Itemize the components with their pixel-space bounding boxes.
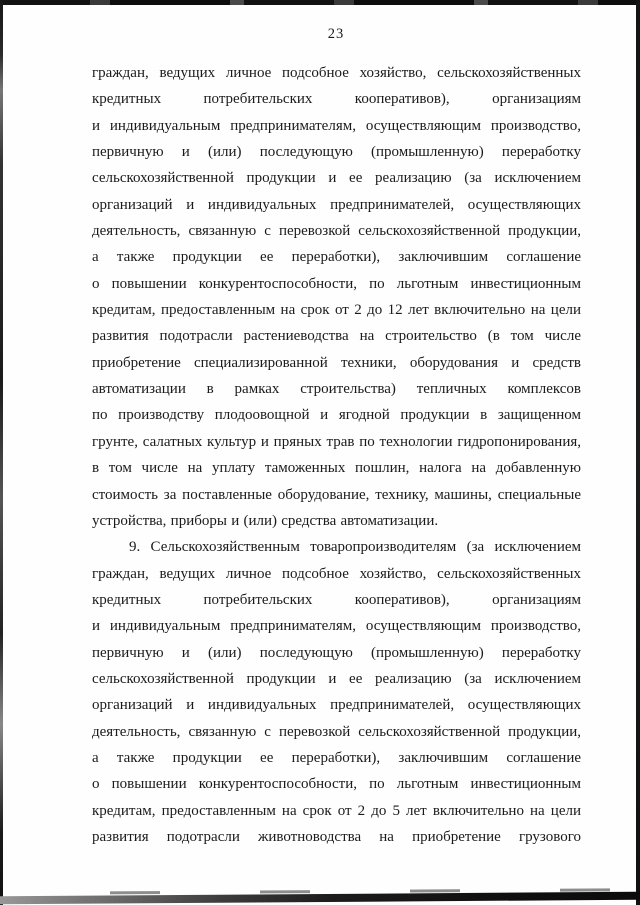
paragraph: граждан, ведущих личное подсобное хозяйс… bbox=[92, 60, 581, 534]
text-line: первичную и (или) последующую (промышлен… bbox=[92, 139, 581, 165]
text-line: организаций и индивидуальных предпринима… bbox=[92, 692, 581, 718]
scan-edge-top-artifact bbox=[0, 0, 640, 5]
document-body: граждан, ведущих личное подсобное хозяйс… bbox=[92, 60, 581, 850]
scan-edge-left-artifact bbox=[0, 0, 3, 905]
text-line: приобретение специализированной техники,… bbox=[92, 350, 581, 376]
text-line: сельскохозяйственной продукции и ее реал… bbox=[92, 666, 581, 692]
text-line: организаций и индивидуальных предпринима… bbox=[92, 192, 581, 218]
text-line: автоматизации в рамках строительства) те… bbox=[92, 376, 581, 402]
text-line: деятельность, связанную с перевозкой сел… bbox=[92, 218, 581, 244]
text-line: граждан, ведущих личное подсобное хозяйс… bbox=[92, 60, 581, 86]
page-number: 23 bbox=[92, 26, 580, 43]
text-line: кредитных потребительских кооперативов),… bbox=[92, 587, 581, 613]
paragraph: 9. Сельскохозяйственным товаропроизводит… bbox=[92, 534, 581, 850]
scan-edge-bottom-artifact bbox=[0, 892, 640, 905]
text-line: в том числе на уплату таможенных пошлин,… bbox=[92, 455, 581, 481]
text-line: и индивидуальным предпринимателям, осуще… bbox=[92, 613, 581, 639]
document-page: 23 граждан, ведущих личное подсобное хоз… bbox=[0, 0, 640, 905]
text-line: развития подотрасли растениеводства на с… bbox=[92, 323, 581, 349]
text-line: устройства, приборы и (или) средства авт… bbox=[92, 508, 581, 534]
text-line: кредитных потребительских кооперативов),… bbox=[92, 86, 581, 112]
text-line: развития подотрасли животноводства на пр… bbox=[92, 824, 581, 850]
text-line: 9. Сельскохозяйственным товаропроизводит… bbox=[92, 534, 581, 560]
text-line: и индивидуальным предпринимателям, осуще… bbox=[92, 113, 581, 139]
text-line: кредитам, предоставленным на срок от 2 д… bbox=[92, 297, 581, 323]
scan-edge-right-artifact bbox=[636, 0, 640, 905]
text-line: а также продукции ее переработки), заклю… bbox=[92, 244, 581, 270]
text-line: граждан, ведущих личное подсобное хозяйс… bbox=[92, 561, 581, 587]
text-line: кредитам, предоставленным на срок от 2 д… bbox=[92, 798, 581, 824]
text-line: стоимость за поставленные оборудование, … bbox=[92, 482, 581, 508]
text-line: по производству плодоовощной и ягодной п… bbox=[92, 402, 581, 428]
text-line: первичную и (или) последующую (промышлен… bbox=[92, 640, 581, 666]
text-line: грунте, салатных культур и пряных трав п… bbox=[92, 429, 581, 455]
text-line: сельскохозяйственной продукции и ее реал… bbox=[92, 165, 581, 191]
text-line: деятельность, связанную с перевозкой сел… bbox=[92, 719, 581, 745]
text-line: о повышении конкурентоспособности, по ль… bbox=[92, 771, 581, 797]
text-line: о повышении конкурентоспособности, по ль… bbox=[92, 271, 581, 297]
text-line: а также продукции ее переработки), заклю… bbox=[92, 745, 581, 771]
scan-edge-bottom-dashes-artifact bbox=[40, 888, 630, 895]
